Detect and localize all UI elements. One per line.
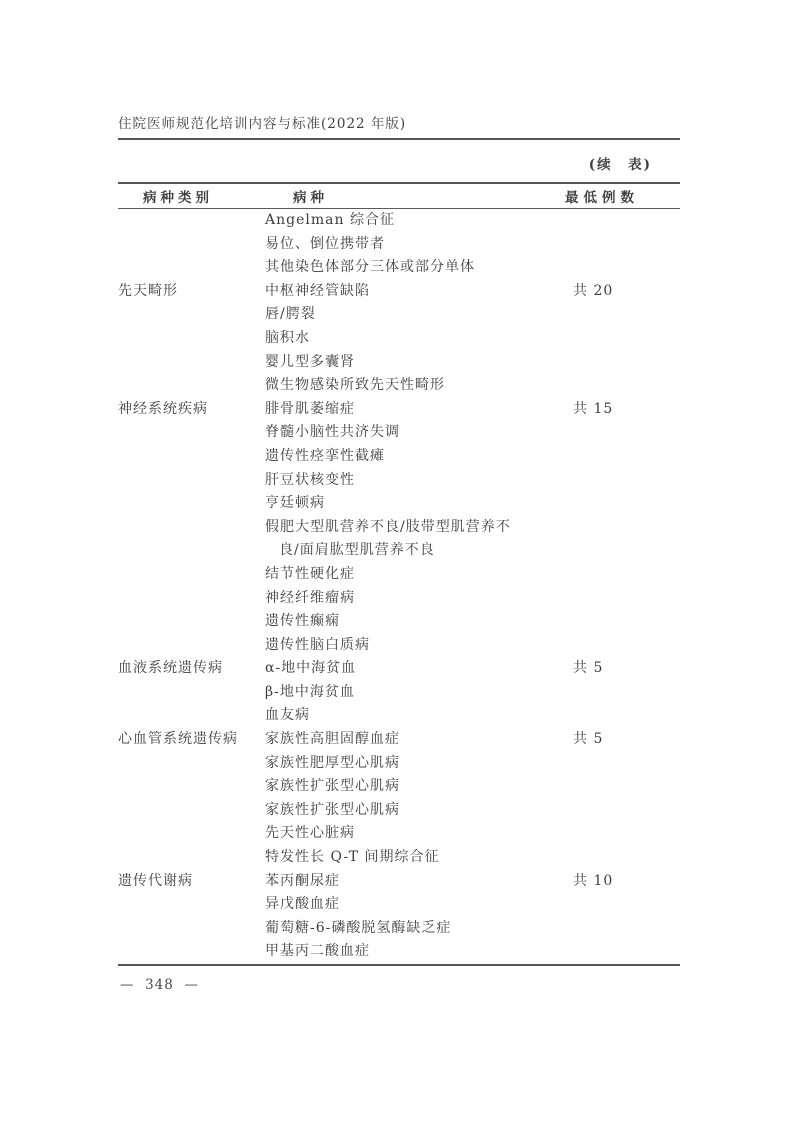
disease-line: 良/面肩肱型肌营养不良 xyxy=(265,539,565,563)
table-row: 遗传性痉挛性截瘫 xyxy=(118,445,680,469)
column-header-min-cases: 最低例数 xyxy=(565,186,680,206)
disease-cell: 遗传性脑白质病 xyxy=(265,634,565,658)
disease-cell: 唇/腭裂 xyxy=(265,303,565,327)
disease-cell: 神经纤维瘤病 xyxy=(265,587,565,611)
table-row: 遗传性脑白质病 xyxy=(118,634,680,658)
min-cases-cell: 共 10 xyxy=(565,870,680,894)
disease-cell: 先天性心脏病 xyxy=(265,822,565,846)
disease-cell: 婴儿型多囊肾 xyxy=(265,351,565,375)
table-row: 肝豆状核变性 xyxy=(118,469,680,493)
table-row: 神经纤维瘤病 xyxy=(118,587,680,611)
table-row: 特发性长 Q-T 间期综合征 xyxy=(118,846,680,870)
disease-table: 病种类别 病种 最低例数 Angelman 综合征易位、倒位携带者其他染色体部分… xyxy=(118,182,680,966)
table-row: 先天性心脏病 xyxy=(118,822,680,846)
disease-cell: 异戊酸血症 xyxy=(265,893,565,917)
table-row: β-地中海贫血 xyxy=(118,681,680,705)
category-cell: 遗传代谢病 xyxy=(118,870,265,894)
table-row: 异戊酸血症 xyxy=(118,893,680,917)
table-row: 遗传性癫痫 xyxy=(118,610,680,634)
disease-cell: 亨廷顿病 xyxy=(265,492,565,516)
category-cell: 神经系统疾病 xyxy=(118,398,265,422)
table-row: 家族性扩张型心肌病 xyxy=(118,799,680,823)
disease-cell: 肝豆状核变性 xyxy=(265,469,565,493)
table-row: 葡萄糖-6-磷酸脱氢酶缺乏症 xyxy=(118,917,680,941)
column-header-category: 病种类别 xyxy=(118,186,265,206)
disease-cell: 易位、倒位携带者 xyxy=(265,233,565,257)
table-row: 神经系统疾病腓骨肌萎缩症共 15 xyxy=(118,398,680,422)
disease-cell: 结节性硬化症 xyxy=(265,563,565,587)
table-row: 甲基丙二酸血症 xyxy=(118,940,680,964)
running-header: 住院医师规范化培训内容与标准(2022 年版) xyxy=(118,112,680,132)
disease-cell: 遗传性癫痫 xyxy=(265,610,565,634)
disease-cell: 特发性长 Q-T 间期综合征 xyxy=(265,846,565,870)
disease-cell: α-地中海贫血 xyxy=(265,657,565,681)
disease-cell: 家族性扩张型心肌病 xyxy=(265,799,565,823)
disease-cell: 脊髓小脑性共济失调 xyxy=(265,421,565,445)
table-header-row: 病种类别 病种 最低例数 xyxy=(118,184,680,209)
disease-cell: 家族性高胆固醇血症 xyxy=(265,728,565,752)
disease-cell: 家族性扩张型心肌病 xyxy=(265,775,565,799)
disease-cell: 家族性肥厚型心肌病 xyxy=(265,752,565,776)
table-row: 脊髓小脑性共济失调 xyxy=(118,421,680,445)
disease-cell: 血友病 xyxy=(265,704,565,728)
disease-cell: 微生物感染所致先天性畸形 xyxy=(265,374,565,398)
column-header-disease: 病种 xyxy=(265,186,565,206)
table-row: 假肥大型肌营养不良/肢带型肌营养不良/面肩肱型肌营养不良 xyxy=(118,516,680,563)
disease-cell: Angelman 综合征 xyxy=(265,209,565,233)
disease-cell: 中枢神经管缺陷 xyxy=(265,280,565,304)
table-row: 血友病 xyxy=(118,704,680,728)
table-row: 结节性硬化症 xyxy=(118,563,680,587)
category-cell: 血液系统遗传病 xyxy=(118,657,265,681)
disease-cell: 遗传性痉挛性截瘫 xyxy=(265,445,565,469)
table-row: 微生物感染所致先天性畸形 xyxy=(118,374,680,398)
disease-cell: 假肥大型肌营养不良/肢带型肌营养不良/面肩肱型肌营养不良 xyxy=(265,516,565,563)
category-cell: 心血管系统遗传病 xyxy=(118,728,265,752)
disease-cell: β-地中海贫血 xyxy=(265,681,565,705)
table-row: 唇/腭裂 xyxy=(118,303,680,327)
table-row: 心血管系统遗传病家族性高胆固醇血症共 5 xyxy=(118,728,680,752)
table-row: 血液系统遗传病α-地中海贫血共 5 xyxy=(118,657,680,681)
table-row: Angelman 综合征 xyxy=(118,209,680,233)
table-continued-label: (续 表) xyxy=(118,153,652,173)
table-row: 脑积水 xyxy=(118,327,680,351)
disease-cell: 苯丙酮尿症 xyxy=(265,870,565,894)
min-cases-cell: 共 15 xyxy=(565,398,680,422)
category-cell: 先天畸形 xyxy=(118,280,265,304)
disease-cell: 脑积水 xyxy=(265,327,565,351)
table-row: 家族性肥厚型心肌病 xyxy=(118,752,680,776)
disease-cell: 甲基丙二酸血症 xyxy=(265,940,565,964)
table-body: Angelman 综合征易位、倒位携带者其他染色体部分三体或部分单体先天畸形中枢… xyxy=(118,209,680,964)
table-row: 婴儿型多囊肾 xyxy=(118,351,680,375)
page-number: — 348 — xyxy=(120,977,199,993)
header-rule xyxy=(118,138,680,140)
disease-line: 假肥大型肌营养不良/肢带型肌营养不 xyxy=(265,516,565,540)
document-page: 住院医师规范化培训内容与标准(2022 年版) (续 表) 病种类别 病种 最低… xyxy=(0,0,800,1131)
disease-cell: 其他染色体部分三体或部分单体 xyxy=(265,256,565,280)
table-row: 家族性扩张型心肌病 xyxy=(118,775,680,799)
disease-cell: 腓骨肌萎缩症 xyxy=(265,398,565,422)
table-row: 其他染色体部分三体或部分单体 xyxy=(118,256,680,280)
table-row: 亨廷顿病 xyxy=(118,492,680,516)
disease-cell: 葡萄糖-6-磷酸脱氢酶缺乏症 xyxy=(265,917,565,941)
table-row: 遗传代谢病苯丙酮尿症共 10 xyxy=(118,870,680,894)
min-cases-cell: 共 5 xyxy=(565,728,680,752)
table-row: 易位、倒位携带者 xyxy=(118,233,680,257)
min-cases-cell: 共 20 xyxy=(565,280,680,304)
min-cases-cell: 共 5 xyxy=(565,657,680,681)
table-row: 先天畸形中枢神经管缺陷共 20 xyxy=(118,280,680,304)
